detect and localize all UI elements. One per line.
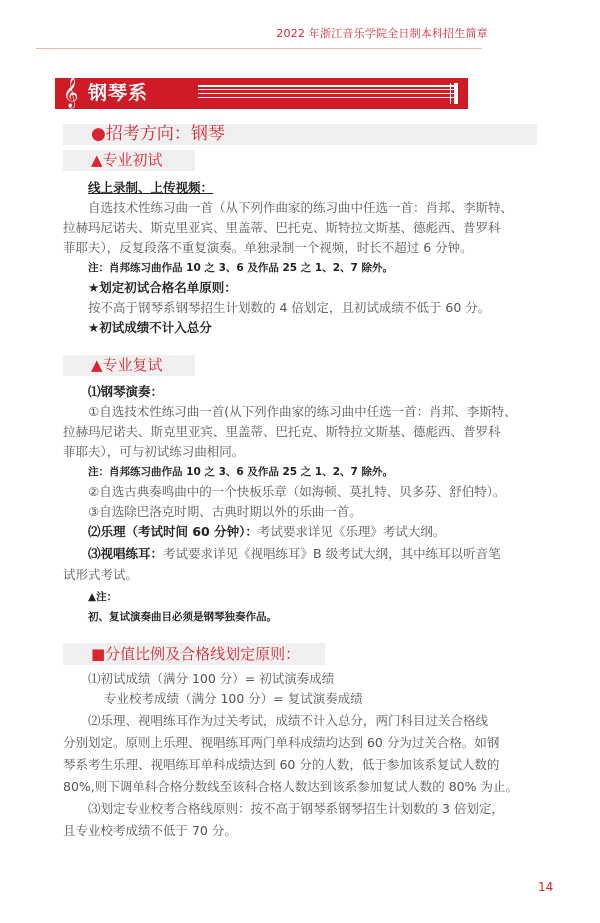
header-divider [36, 48, 482, 49]
preliminary-pass-rule: 按不高于钢琴系钢琴招生计划数的 4 倍划定，且初试成绩不低于 60 分。 [88, 299, 490, 317]
scoring-text: 专业校考成绩（满分 100 分）= 复试演奏成绩 [104, 690, 363, 708]
treble-clef-icon: 𝄞 [63, 78, 85, 109]
preliminary-note: 注：肖邦练习曲作品 10 之 3、6 及作品 25 之 1、2、7 除外。 [88, 259, 393, 277]
department-title: 钢琴系 [88, 78, 148, 109]
solfege-text: 考试要求详见《视唱练耳》B 级考试大纲，其中练耳以听音笔 [163, 546, 501, 561]
scoring-text: 80%,则下调单科合格分数线至该科合格人数达到该系参加复试人数的 80% 为止。 [63, 778, 518, 796]
scoring-text: 琴系考生乐理、视唱练耳单科成绩达到 60 分的人数，低于参加该系复试人数的 [63, 756, 499, 774]
retest-note: 注：肖邦练习曲作品 10 之 3、6 及作品 25 之 1、2、7 除外。 [88, 463, 393, 481]
barline-thick [454, 83, 458, 104]
preliminary-text: 菲耶夫），反复段落不重复演奏。单独录制一个视频，时长不超过 6 分钟。 [63, 239, 473, 257]
music-staff-decoration [198, 85, 458, 102]
section-heading-preliminary: ▲专业初试 [63, 150, 195, 171]
retest-text: ②自选古典奏鸣曲中的一个快板乐章（如海顿、莫扎特、贝多芬、舒伯特）。 [88, 483, 505, 501]
retest-text: ①自选技术性练习曲一首(从下列作曲家的练习曲中任选一首：肖邦、李斯特、 [88, 403, 517, 421]
theory-text: 考试要求详见《乐理》考试大纲。 [258, 524, 446, 539]
preliminary-pass-rule-label: ★划定初试合格名单原则： [88, 279, 237, 297]
theory-label: ⑵乐理（考试时间 60 分钟）： [88, 524, 258, 539]
scoring-text: ⑵乐理、视唱练耳作为过关考试，成绩不计入总分，两门科目过关合格线 [88, 712, 488, 730]
page-number: 14 [538, 880, 553, 894]
scoring-text: 分别划定。原则上乐理、视唱练耳两门单科成绩均达到 60 分为过关合格。如钢 [63, 734, 499, 752]
section-heading-direction: ●招考方向：钢琴 [63, 124, 537, 145]
department-banner: 𝄞 钢琴系 [55, 78, 468, 109]
section-heading-retest: ▲专业复试 [63, 355, 195, 376]
preliminary-text: 拉赫玛尼诺夫、斯克里亚宾、里盖蒂、巴托克、斯特拉文斯基、德彪西、普罗科 [63, 219, 501, 237]
solfege-text-cont: 试形式考试。 [63, 566, 138, 584]
scoring-text: 且专业校考成绩不低于 70 分。 [63, 822, 237, 840]
barline-thin [450, 83, 452, 104]
section-heading-scoring: ■分值比例及合格线划定原则： [63, 643, 325, 665]
retest-text: ③自选除巴洛克时期、古典时期以外的乐曲一首。 [88, 503, 362, 521]
preliminary-text: 自选技术性练习曲一首（从下列作曲家的练习曲中任选一首：肖邦、李斯特、 [88, 199, 513, 217]
retest-note-label: ▲注： [88, 588, 117, 606]
retest-theory: ⑵乐理（考试时间 60 分钟）：考试要求详见《乐理》考试大纲。 [88, 523, 445, 541]
retest-piano-label: ⑴钢琴演奏： [88, 383, 163, 401]
preliminary-method: 线上录制、上传视频： [88, 179, 213, 197]
retest-solfege: ⑶视唱练耳：考试要求详见《视唱练耳》B 级考试大纲，其中练耳以听音笔 [88, 545, 501, 563]
retest-note-text: 初、复试演奏曲目必须是钢琴独奏作品。 [88, 608, 277, 626]
solfege-label: ⑶视唱练耳： [88, 546, 163, 561]
document-header-title: 2022 年浙江音乐学院全日制本科招生简章 [276, 25, 488, 41]
retest-text: 菲耶夫），可与初试练习曲相同。 [63, 443, 244, 461]
retest-text: 拉赫玛尼诺夫、斯克里亚宾、里盖蒂、巴托克、斯特拉文斯基、德彪西、普罗科 [63, 423, 501, 441]
scoring-text: ⑶划定专业校考合格线原则：按不高于钢琴系钢琴招生计划数的 3 倍划定， [88, 800, 504, 818]
scoring-text: ⑴初试成绩（满分 100 分）= 初试演奏成绩 [88, 670, 334, 688]
preliminary-score-note: ★初试成绩不计入总分 [88, 319, 212, 337]
